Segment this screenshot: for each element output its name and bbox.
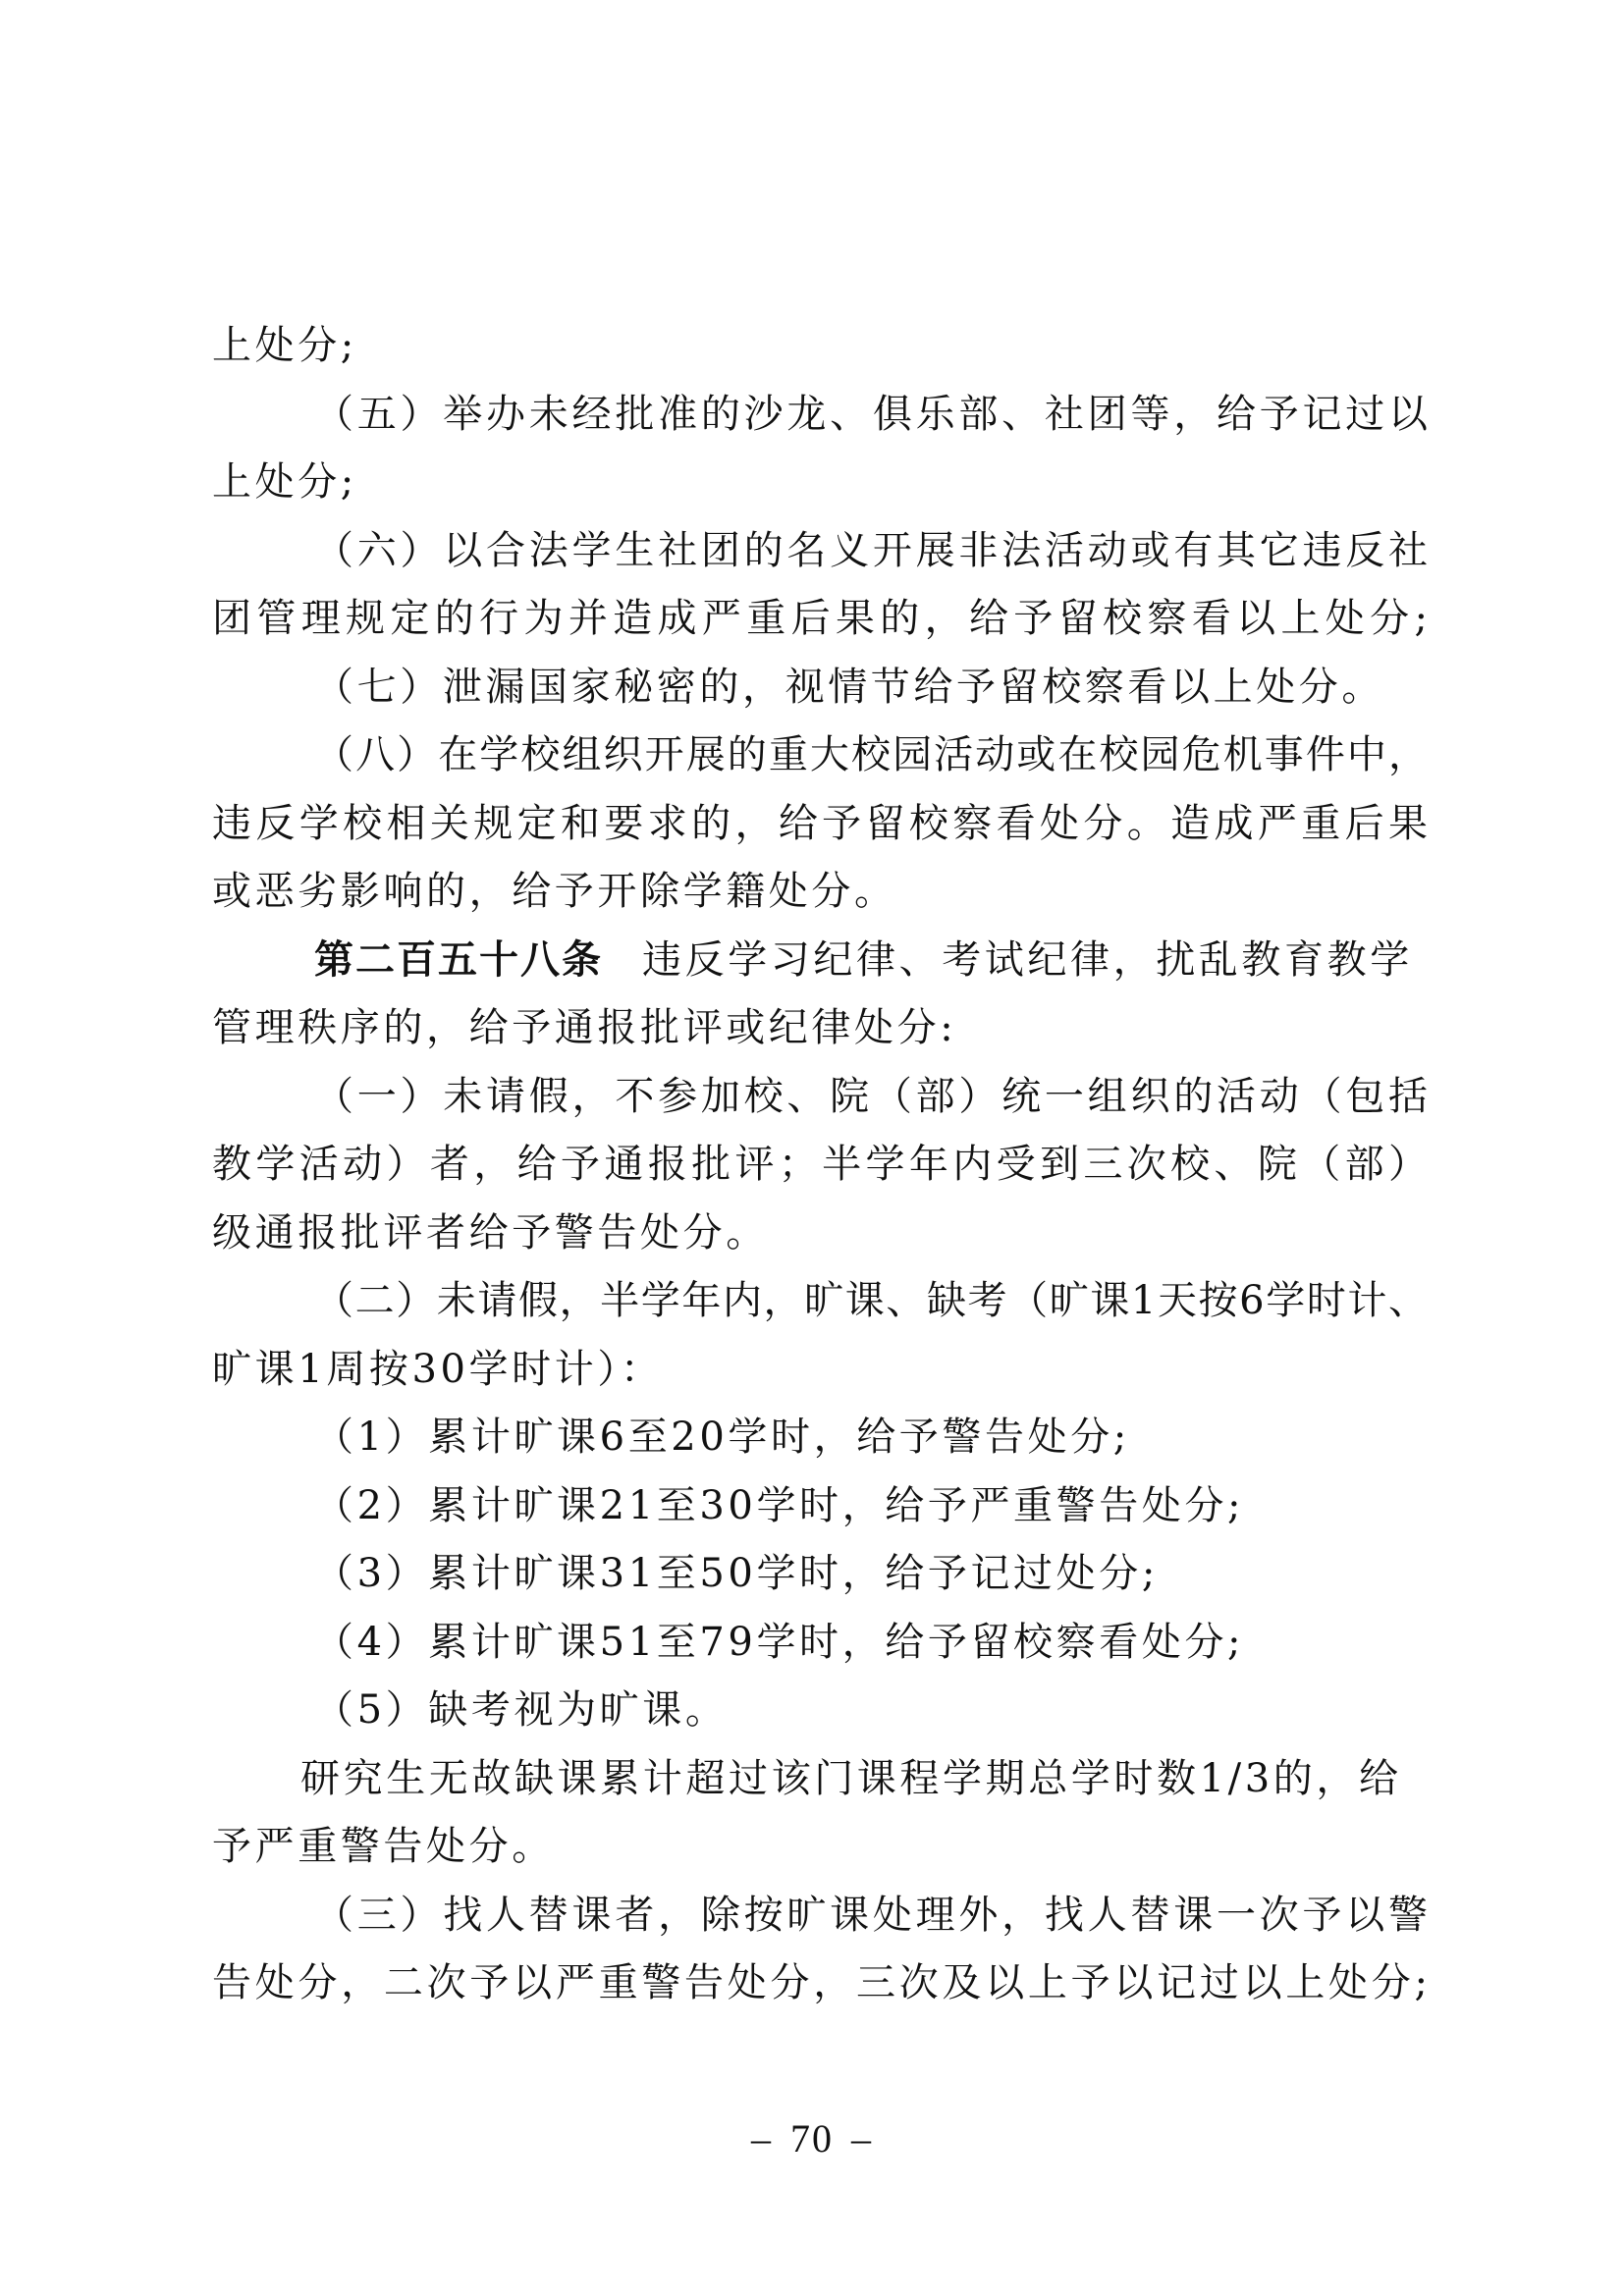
list-item-8: （八）在学校组织开展的重大校园活动或在校园危机事件中， <box>212 721 1428 790</box>
sub-item-4: （4）累计旷课51至79学时，给予留校察看处分; <box>212 1609 1428 1678</box>
graduate-paragraph: 研究生无故缺课累计超过该门课程学期总学时数1/3的，给 <box>212 1745 1428 1814</box>
text-line: 告处分，二次予以严重警告处分，三次及以上予以记过以上处分; <box>212 1949 1428 2018</box>
sub-item-1: （1）累计旷课6至20学时，给予警告处分; <box>212 1404 1428 1472</box>
article-heading: 第二百五十八条 <box>314 937 603 983</box>
text-line: 违反学校相关规定和要求的，给予留校察看处分。造成严重后果 <box>212 790 1428 859</box>
document-body: 上处分; （五）举办未经批准的沙龙、俱乐部、社团等，给予记过以 上处分; （六）… <box>212 312 1428 2018</box>
text-line: 级通报批评者给予警告处分。 <box>212 1200 1428 1268</box>
list-item-5: （五）举办未经批准的沙龙、俱乐部、社团等，给予记过以 <box>212 381 1428 450</box>
text-line: 教学活动）者，给予通报批评；半学年内受到三次校、院（部） <box>212 1131 1428 1200</box>
text-line: 管理秩序的，给予通报批评或纪律处分: <box>212 994 1428 1063</box>
page-number-dash-left: – <box>751 2115 773 2162</box>
list-item-7: （七）泄漏国家秘密的，视情节给予留校察看以上处分。 <box>212 654 1428 722</box>
list-item-6: （六）以合法学生社团的名义开展非法活动或有其它违反社 <box>212 517 1428 586</box>
list-item-2: （二）未请假，半学年内，旷课、缺考（旷课1天按6学时计、 <box>212 1267 1428 1336</box>
list-item-1: （一）未请假，不参加校、院（部）统一组织的活动（包括 <box>212 1063 1428 1132</box>
page-number-dash-right: – <box>851 2115 873 2162</box>
article-text: 违反学习纪律、考试纪律，扰乱教育教学 <box>642 937 1413 983</box>
text-line: 或恶劣影响的，给予开除学籍处分。 <box>212 858 1428 927</box>
text-line: 予严重警告处分。 <box>212 1813 1428 1882</box>
document-page: 上处分; （五）举办未经批准的沙龙、俱乐部、社团等，给予记过以 上处分; （六）… <box>0 0 1624 2296</box>
sub-item-3: （3）累计旷课31至50学时，给予记过处分; <box>212 1540 1428 1609</box>
article-258-line: 第二百五十八条违反学习纪律、考试纪律，扰乱教育教学 <box>212 927 1428 995</box>
sub-item-2: （2）累计旷课21至30学时，给予严重警告处分; <box>212 1472 1428 1541</box>
sub-item-5: （5）缺考视为旷课。 <box>212 1677 1428 1745</box>
text-line: 上处分; <box>212 449 1428 517</box>
list-item-3: （三）找人替课者，除按旷课处理外，找人替课一次予以警 <box>212 1882 1428 1950</box>
text-line: 旷课1周按30学时计）： <box>212 1336 1428 1405</box>
page-number-value: 70 <box>790 2116 834 2161</box>
page-number: –70– <box>0 2115 1624 2162</box>
text-line: 团管理规定的行为并造成严重后果的，给予留校察看以上处分; <box>212 585 1428 654</box>
text-line: 上处分; <box>212 312 1428 381</box>
